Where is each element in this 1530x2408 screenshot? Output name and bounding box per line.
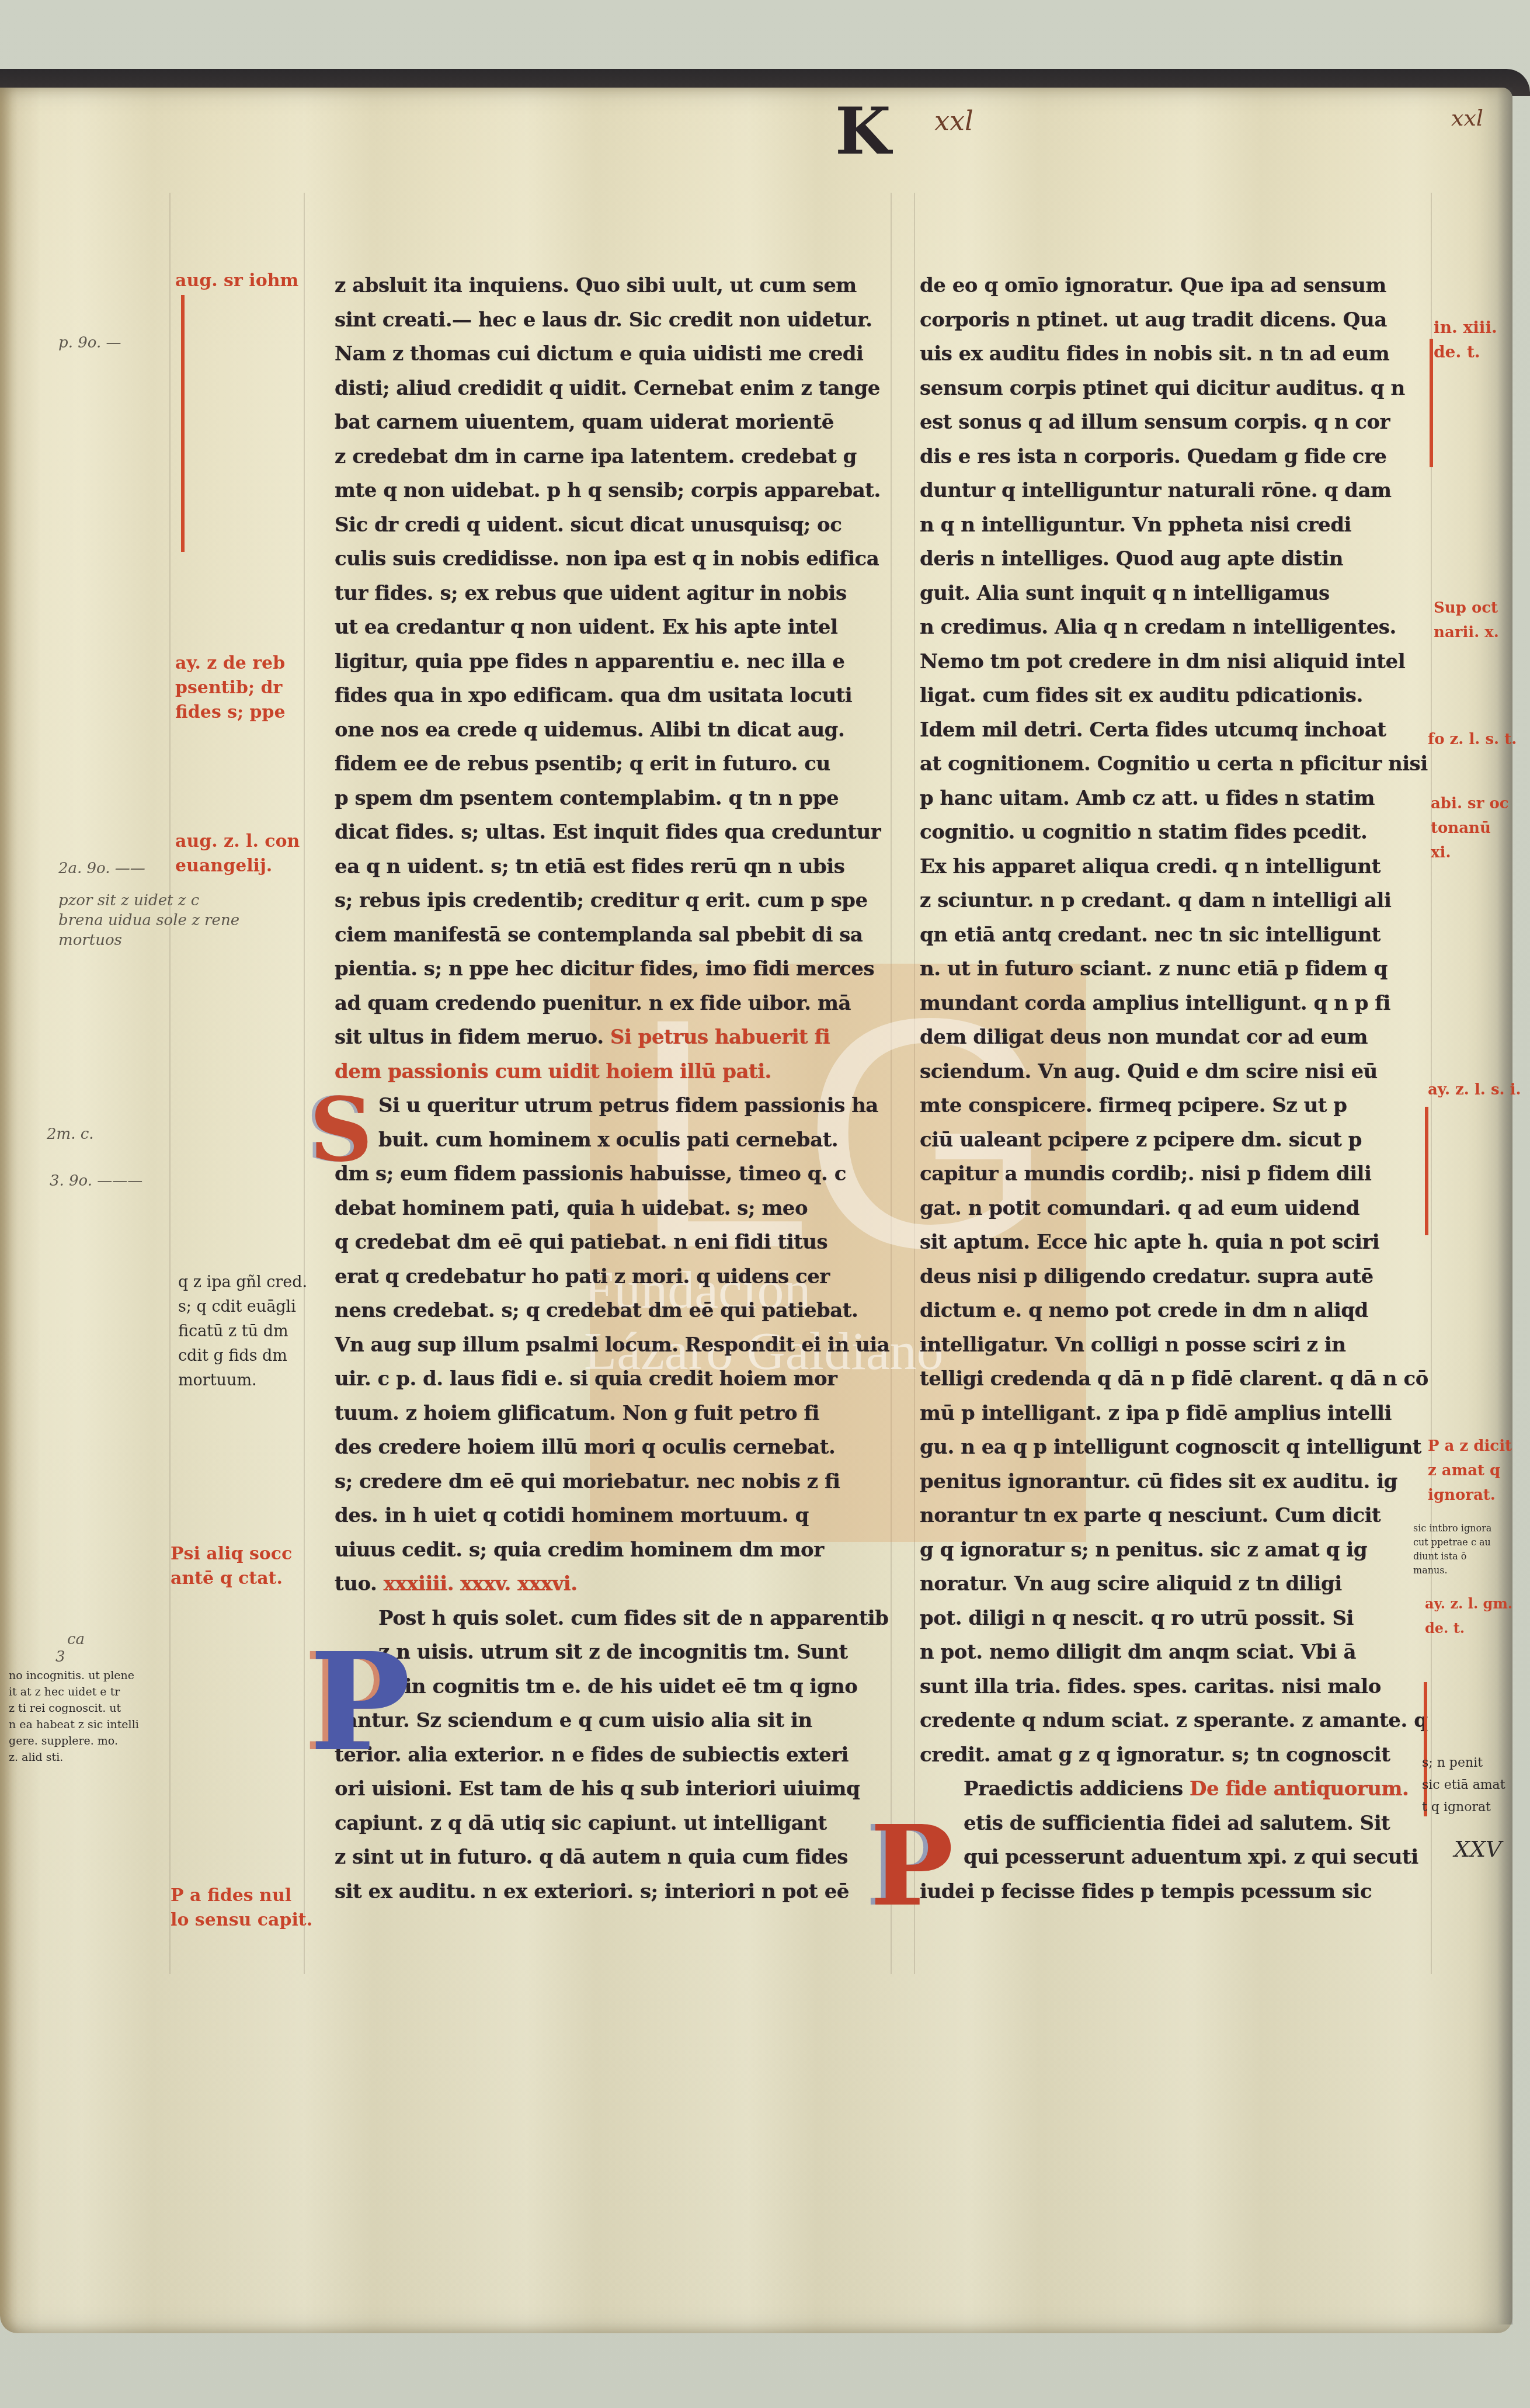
- margin-gloss: q z ipa gñl cred. s; q cdit euāgli ficat…: [178, 1270, 307, 1393]
- text-line: mte q non uidebat. p h q sensib; corpis …: [335, 474, 889, 508]
- text-segment: sit ultus in fidem meruo.: [335, 1026, 604, 1049]
- text-line: est sonus q ad illum sensum corpis. q n …: [920, 405, 1428, 440]
- margin-small-mark: 3: [55, 1647, 65, 1667]
- text-line: uiuus cedit. s; quia credim hominem dm m…: [335, 1533, 889, 1568]
- text-line: des credere hoiem illū mori q oculis cer…: [335, 1430, 889, 1465]
- margin-tiny-gloss: no incognitis. ut plene it at z hec uide…: [9, 1667, 139, 1766]
- text-line: culis suis credidisse. non ipa est q in …: [335, 542, 889, 576]
- text-line: ea q n uident. s; tn etiā est fides rerū…: [335, 850, 889, 884]
- text-line: z absluit ita inquiens. Quo sibi uult, u…: [335, 269, 889, 303]
- text-line: sunt illa tria. fides. spes. caritas. ni…: [920, 1670, 1428, 1704]
- text-line: pientia. s; n ppe hec dicitur fides, imo…: [335, 952, 889, 986]
- text-line: qui pcesserunt aduentum xpi. z qui secut…: [920, 1840, 1428, 1875]
- text-line: dein cognitis tm e. de his uidet eē tm q…: [335, 1670, 889, 1704]
- text-line: ciem manifestā se contemplanda sal pbebi…: [335, 918, 889, 953]
- text-line: Post h quis solet. cum fides sit de n ap…: [335, 1601, 889, 1636]
- text-line: Nemo tm pot credere in dm nisi aliquid i…: [920, 645, 1428, 679]
- text-line: Nam z thomas cui dictum e quia uidisti m…: [335, 337, 889, 371]
- decorated-initial-p-blue: P: [310, 1635, 411, 1770]
- text-line: duntur q intelliguntur naturali rōne. q …: [920, 474, 1428, 508]
- text-line: fidem ee de rebus psentib; q erit in fut…: [335, 747, 889, 781]
- text-line: deus nisi p diligendo credatur. supra au…: [920, 1260, 1428, 1294]
- text-line: terior. alia exterior. n e fides de subi…: [335, 1738, 889, 1773]
- text-line: Si u queritur utrum petrus fidem passion…: [335, 1089, 889, 1123]
- ruling-col1-right: [891, 193, 892, 1974]
- decorated-initial-p-red: P: [870, 1811, 954, 1921]
- text-line-with-rubric: sit ultus in fidem meruo. Si petrus habu…: [335, 1020, 889, 1055]
- margin-faint-note: pzor sit z uidet z c brena uidua sole z …: [58, 891, 239, 950]
- text-line: ad quam credendo puenitur. n ex fide uib…: [335, 986, 889, 1021]
- text-line: debat hominem pati, quia h uidebat. s; m…: [335, 1191, 889, 1226]
- text-line: mundant corda amplius intelligunt. q n p…: [920, 986, 1428, 1021]
- text-line: capiunt. z q dā utiq sic capiunt. ut int…: [335, 1806, 889, 1841]
- text-line: mū p intelligant. z ipa p fidē amplius i…: [920, 1396, 1428, 1431]
- text-line: tur fides. s; ex rebus que uident agitur…: [335, 576, 889, 611]
- text-line: credit. amat g z q ignoratur. s; tn cogn…: [920, 1738, 1428, 1773]
- text-line: deris n intelliges. Quod aug apte distin: [920, 542, 1428, 576]
- text-line-with-rubric: Praedictis addiciens De fide antiquorum.: [920, 1772, 1428, 1806]
- text-line: g q ignoratur s; n penitus. sic z amat q…: [920, 1533, 1428, 1568]
- margin-faint-note: 2m. c.: [47, 1124, 94, 1144]
- text-line: erat q credebatur ho pati z mori. q uide…: [335, 1260, 889, 1294]
- text-line: n pot. nemo diligit dm anqm sciat. Vbi ā: [920, 1635, 1428, 1670]
- margin-rubric-note: aug. sr iohm: [175, 269, 298, 293]
- text-line: de eo q omīo ignoratur. Que ipa ad sensu…: [920, 269, 1428, 303]
- text-line: ligat. cum fides sit ex auditu pdication…: [920, 679, 1428, 713]
- margin-rubric-note: ay. z. l. gm. de. t.: [1425, 1592, 1512, 1641]
- text-line: ligitur, quia ppe fides n apparentiu e. …: [335, 645, 889, 679]
- text-segment: tuo.: [335, 1572, 377, 1596]
- text-line-with-chapter-marks: tuo. xxxiiii. xxxv. xxxvi.: [335, 1567, 889, 1601]
- text-line: guit. Alia sunt inquit q n intelligamus: [920, 576, 1428, 611]
- text-line: sensum corpis ptinet qui dicitur auditus…: [920, 371, 1428, 406]
- rubric-heading-de-fide-antiquorum: De fide antiquorum.: [1190, 1777, 1409, 1801]
- text-column-right: de eo q omīo ignoratur. Que ipa ad sensu…: [920, 269, 1428, 1909]
- decorated-initial-s: S: [310, 1086, 373, 1174]
- text-segment: Praedictis addiciens: [964, 1777, 1183, 1801]
- text-line: dm s; eum fidem passionis habuisse, time…: [335, 1157, 889, 1191]
- text-line: z credebat dm in carne ipa latentem. cre…: [335, 440, 889, 474]
- margin-rubric-note: Psi aliq socc antē q ctat.: [171, 1542, 292, 1591]
- text-line: ut ea credantur q non uident. Ex his apt…: [335, 610, 889, 645]
- text-line: credente q ndum sciat. z sperante. z ama…: [920, 1704, 1428, 1738]
- text-line: pot. diligi n q nescit. q ro utrū possit…: [920, 1601, 1428, 1636]
- margin-rubric-note: aug. z. l. con euangelij.: [175, 829, 300, 878]
- text-line: qn etiā antq credant. nec tn sic intelli…: [920, 918, 1428, 953]
- text-line: ori uisioni. Est tam de his q sub interi…: [335, 1772, 889, 1806]
- margin-faint-note: 2a. 9o. ——: [58, 859, 145, 878]
- text-line: noratur. Vn aug scire aliquid z tn dilig…: [920, 1567, 1428, 1601]
- text-line: sint creati.— hec e laus dr. Sic credit …: [335, 303, 889, 338]
- text-line: fides qua in xpo edificam. qua dm usitat…: [335, 679, 889, 713]
- text-line: one nos ea crede q uidemus. Alibi tn dic…: [335, 713, 889, 748]
- rubric-heading-part-1: Si petrus habuerit fi: [610, 1026, 830, 1049]
- text-line: penitus ignorantur. cū fides sit ex audi…: [920, 1465, 1428, 1499]
- margin-faint-note: 3. 9o. ———: [50, 1171, 142, 1191]
- text-line: intelligatur. Vn colligi n posse sciri z…: [920, 1328, 1428, 1363]
- text-line: gu. n ea q p intelligunt cognoscit q int…: [920, 1430, 1428, 1465]
- margin-rubric-note: fo z. l. s. t.: [1428, 727, 1517, 752]
- text-line: p hanc uitam. Amb cz att. u fides n stat…: [920, 781, 1428, 816]
- text-line: nens credebat. s; q credebat dm eē qui p…: [335, 1294, 889, 1328]
- margin-rubric-note: abi. sr oc tonanū xi.: [1431, 791, 1509, 865]
- text-line: iudei p fecisse fides p tempis pcessum s…: [920, 1875, 1428, 1909]
- text-line: q credebat dm eē qui patiebat. n eni fid…: [335, 1225, 889, 1260]
- text-line: gat. n potit comundari. q ad eum uidend: [920, 1191, 1428, 1226]
- text-line: dis e res ista n corporis. Quedam g fide…: [920, 440, 1428, 474]
- text-line: uis ex auditu fides in nobis sit. n tn a…: [920, 337, 1428, 371]
- text-line: dem diligat deus non mundat cor ad eum: [920, 1020, 1428, 1055]
- margin-rubric-note: in. xiii. de. t.: [1434, 315, 1497, 364]
- margin-bracket-red: [1425, 1107, 1428, 1235]
- text-line: Sic dr credi q uident. sicut dicat unusq…: [335, 508, 889, 543]
- text-line: p spem dm psentem contemplabim. q tn n p…: [335, 781, 889, 816]
- text-line: rantur. Sz sciendum e q cum uisio alia s…: [335, 1704, 889, 1738]
- text-line: sciendum. Vn aug. Quid e dm scire nisi e…: [920, 1055, 1428, 1089]
- text-line: z sint ut in futuro. q dā autem n quia c…: [335, 1840, 889, 1875]
- text-line: corporis n ptinet. ut aug tradit dicens.…: [920, 303, 1428, 338]
- text-line: z sciuntur. n p credant. q dam n intelli…: [920, 884, 1428, 918]
- text-line: ciū ualeant pcipere z pcipere dm. sicut …: [920, 1123, 1428, 1158]
- margin-bracket-red: [181, 295, 185, 552]
- text-line: Vn aug sup illum psalmi locum. Respondit…: [335, 1328, 889, 1363]
- text-line: buit. cum hominem x oculis pati cernebat…: [335, 1123, 889, 1158]
- text-line: disti; aliud credidit q uidit. Cernebat …: [335, 371, 889, 406]
- page-gutter-shadow: [1497, 88, 1512, 2324]
- margin-rubric-note: Sup oct narii. x.: [1434, 596, 1499, 645]
- text-line: mte conspicere. firmeq pcipere. Sz ut p: [920, 1089, 1428, 1123]
- text-line: telligi credenda q dā n p fidē clarent. …: [920, 1362, 1428, 1396]
- text-line: capitur a mundis cordib;. nisi p fidem d…: [920, 1157, 1428, 1191]
- margin-rubric-note: ay. z de reb psentib; dr fides s; ppe: [175, 651, 286, 725]
- folio-number-corner: xxl: [1451, 105, 1483, 131]
- text-column-left: z absluit ita inquiens. Quo sibi uult, u…: [335, 269, 889, 1909]
- margin-gloss: s; n penit sic etiā amat t q ignorat: [1422, 1752, 1505, 1819]
- margin-rubric-note: ay. z. l. s. i.: [1428, 1078, 1521, 1102]
- catchword-numeral: XXV: [1454, 1837, 1502, 1861]
- text-line: dictum e. q nemo pot crede in dm n aliqd: [920, 1294, 1428, 1328]
- ruling-left-margin: [169, 193, 171, 1974]
- text-line: sit aptum. Ecce hic apte h. quia n pot s…: [920, 1225, 1428, 1260]
- ruling-col1-left: [304, 193, 305, 1974]
- text-line: at cognitionem. Cognitio u certa n pfici…: [920, 747, 1428, 781]
- text-line: Idem mil detri. Certa fides utcumq incho…: [920, 713, 1428, 748]
- quire-signature-mark: K: [835, 93, 891, 169]
- ruling-col2-left: [914, 193, 915, 1974]
- text-line: norantur tn ex parte q nesciunt. Cum dic…: [920, 1499, 1428, 1533]
- text-line: sit ex auditu. n ex exteriori. s; interi…: [335, 1875, 889, 1909]
- text-line: z n uisis. utrum sit z de incognitis tm.…: [335, 1635, 889, 1670]
- chapter-numbers-rubric: xxxiiii. xxxv. xxxvi.: [384, 1572, 578, 1596]
- text-line: cognitio. u cognitio n statim fides pced…: [920, 815, 1428, 850]
- text-line: n. ut in futuro sciant. z nunc etiā p fi…: [920, 952, 1428, 986]
- text-line: s; credere dm eē qui moriebatur. nec nob…: [335, 1465, 889, 1499]
- folio-number: xxl: [934, 105, 973, 137]
- text-line: Ex his apparet aliqua credi. q n intelli…: [920, 850, 1428, 884]
- text-line: des. in h uiet q cotidi hominem mortuum.…: [335, 1499, 889, 1533]
- margin-rubric-note: P a fides nul lo sensu capit.: [171, 1884, 312, 1933]
- text-line: bat carnem uiuentem, quam uiderat morien…: [335, 405, 889, 440]
- margin-small-mark: ca: [67, 1629, 85, 1649]
- text-line: dicat fides. s; ultas. Est inquit fides …: [335, 815, 889, 850]
- text-line: n credimus. Alia q n credam n intelligen…: [920, 610, 1428, 645]
- text-line: etis de sufficientia fidei ad salutem. S…: [920, 1806, 1428, 1841]
- margin-rubric-note: P a z dicit z amat q ignorat.: [1428, 1434, 1512, 1507]
- rubric-heading-part-2: dem passionis cum uidit hoiem illū pati.: [335, 1055, 889, 1089]
- margin-tiny-gloss: sic intbro ignora cut ppetrae c au diunt…: [1413, 1521, 1491, 1577]
- text-line: s; rebus ipis credentib; creditur q erit…: [335, 884, 889, 918]
- margin-faint-note: p. 9o. —: [58, 333, 121, 353]
- margin-bracket-red: [1430, 339, 1433, 467]
- text-line: n q n intelliguntur. Vn ppheta nisi cred…: [920, 508, 1428, 543]
- text-line: uir. c p. d. laus fidi e. si quia credit…: [335, 1362, 889, 1396]
- text-line: tuum. z hoiem glificatum. Non g fuit pet…: [335, 1396, 889, 1431]
